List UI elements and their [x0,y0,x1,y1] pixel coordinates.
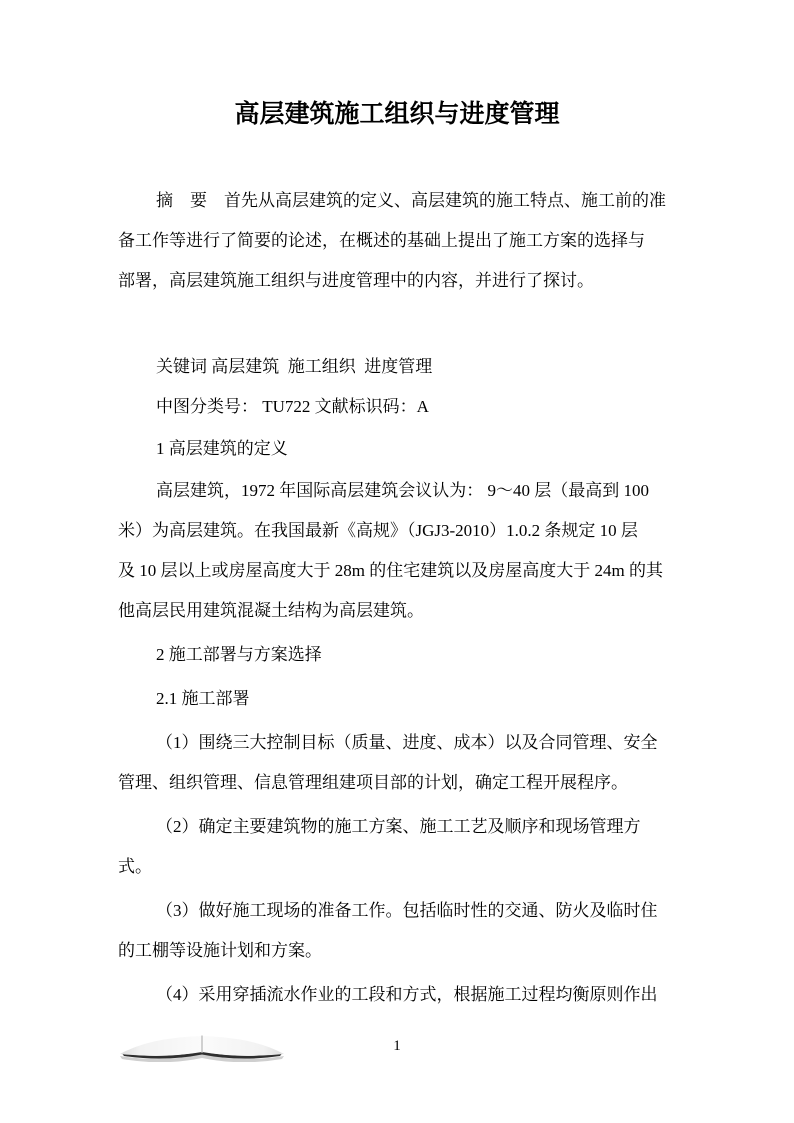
section-heading-2-1: 2.1 施工部署 [118,679,676,719]
heading-line: 1 高层建筑的定义 [118,429,676,469]
page-number: 1 [0,1031,794,1061]
document-page: 高层建筑施工组织与进度管理 摘 要 首先从高层建筑的定义、高层建筑的施工特点、施… [0,0,794,1123]
abstract-paragraph: 摘 要 首先从高层建筑的定义、高层建筑的施工特点、施工前的准 备工作等进行了简要… [118,181,676,301]
abstract-line: 部署，高层建筑施工组织与进度管理中的内容，并进行了探讨。 [118,261,676,301]
section-heading-2: 2 施工部署与方案选择 [118,635,676,675]
body-line: 管理、组织管理、信息管理组建项目部的计划，确定工程开展程序。 [118,763,676,803]
list-item-1: （1）围绕三大控制目标（质量、进度、成本）以及合同管理、安全 管理、组织管理、信… [118,723,676,803]
document-content: 高层建筑施工组织与进度管理 摘 要 首先从高层建筑的定义、高层建筑的施工特点、施… [118,95,676,1015]
body-line: （1）围绕三大控制目标（质量、进度、成本）以及合同管理、安全 [118,723,676,763]
body-line: 及 10 层以上或房屋高度大于 28m 的住宅建筑以及房屋高度大于 24m 的其 [118,551,676,591]
body-line: 米）为高层建筑。在我国最新《高规》（JGJ3-2010）1.0.2 条规定 10… [118,511,676,551]
abstract-line: 摘 要 首先从高层建筑的定义、高层建筑的施工特点、施工前的准 [118,181,676,221]
abstract-line: 备工作等进行了简要的论述，在概述的基础上提出了施工方案的选择与 [118,221,676,261]
body-line: 他高层民用建筑混凝土结构为高层建筑。 [118,591,676,631]
body-line: （2）确定主要建筑物的施工方案、施工工艺及顺序和现场管理方 [118,807,676,847]
heading-line: 2 施工部署与方案选择 [118,635,676,675]
section-heading-1: 1 高层建筑的定义 [118,429,676,469]
classification-line: 中图分类号： TU722 文献标识码：A [118,387,676,427]
body-line: （3）做好施工现场的准备工作。包括临时性的交通、防火及临时住 [118,891,676,931]
body-line: 的工棚等设施计划和方案。 [118,931,676,971]
classification-paragraph: 中图分类号： TU722 文献标识码：A [118,387,676,427]
list-item-3: （3）做好施工现场的准备工作。包括临时性的交通、防火及临时住 的工棚等设施计划和… [118,891,676,971]
body-line: 高层建筑，1972 年国际高层建筑会议认为： 9～40 层（最高到 100 [118,471,676,511]
list-item-2: （2）确定主要建筑物的施工方案、施工工艺及顺序和现场管理方 式。 [118,807,676,887]
heading-line: 2.1 施工部署 [118,679,676,719]
list-item-4: （4）采用穿插流水作业的工段和方式，根据施工过程均衡原则作出 [118,975,676,1015]
section-1-paragraph: 高层建筑，1972 年国际高层建筑会议认为： 9～40 层（最高到 100 米）… [118,471,676,631]
body-line: 式。 [118,847,676,887]
body-line: （4）采用穿插流水作业的工段和方式，根据施工过程均衡原则作出 [118,975,676,1015]
keywords-line: 关键词 高层建筑 施工组织 进度管理 [118,347,676,387]
document-title: 高层建筑施工组织与进度管理 [118,95,676,135]
keywords-paragraph: 关键词 高层建筑 施工组织 进度管理 [118,347,676,387]
